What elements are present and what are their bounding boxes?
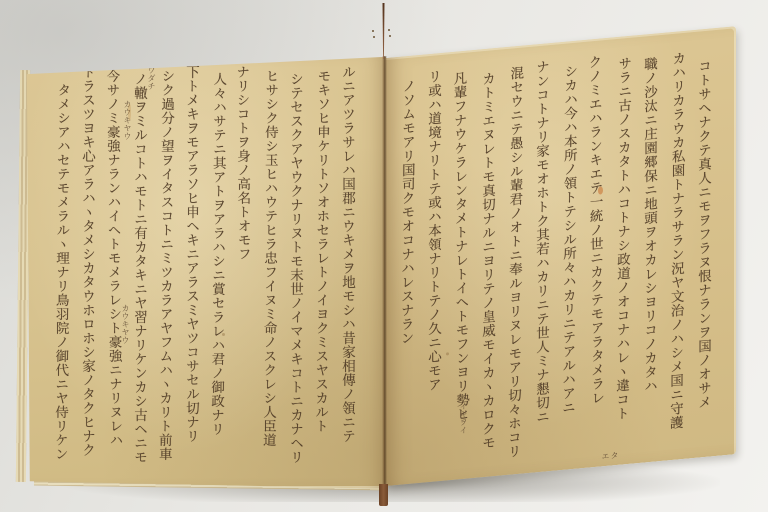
- binding-hole-dot: [373, 36, 375, 38]
- furigana-note: イキヲイ: [459, 402, 468, 435]
- text-column: 混セウニテ愚シル輩君ノオトニ奉ルヨリヌレモアリ切々ホコリ: [499, 61, 529, 468]
- left-page-text-block: ルニアツラサレハ国郡ニウキメヲ地モシハ昔家相傳ノ領ニテ モキソヒ申ケリトソオホセ…: [48, 65, 360, 477]
- right-page-text-block: コトサヘナクテ真人ニモヲフラヌ恨ナランヲ国ノオサメ カハリカラウカ私園トナラサラ…: [392, 44, 716, 477]
- paper-stain: [222, 333, 225, 336]
- text-column: ノソムモアリ国司クモオコナハレスナラン: [391, 71, 421, 478]
- text-column: シテセスクアヤウクナリヌトモ末世ノイマメキコトニカナヘリ: [282, 65, 308, 477]
- text-column: クノミエハランキエテ一統ノ世ニカクテモアラタメラレ: [579, 54, 610, 460]
- text-column: ヒサシク侍シ玉ヒハウテヒラ忠フイヌミ命ノスクレシ人臣道: [255, 65, 284, 477]
- text-column: ルニアツラサレハ国郡ニウキメヲ地モシハ昔家相傳ノ領ニテ: [334, 65, 360, 477]
- text-column: 下トメキヲモアラソヒ申ヘキニアラスミヤツコサセル切ナリ: [178, 65, 204, 477]
- text-column: モキソヒ申ケリトソオホセラレトノイヨクミスヤスカルト: [307, 65, 336, 477]
- paper-stain: [128, 104, 131, 120]
- text-column: サラニ古ノスカタトハコトナシ政道ノオコナハレヽ違コト: [607, 51, 637, 458]
- text-column: カハリカラウカ私園トナラサラン況ヤ文治ノハシメ国ニ守護: [661, 46, 691, 453]
- binding-hole-dot: [372, 30, 374, 32]
- text-column: ナンコトナリ家モオホトク其若ハカリニテ世人ミナ懇切ニ: [527, 59, 554, 465]
- binding-fold-bottom: [379, 484, 388, 506]
- right-page: コトサヘナクテ真人ニモヲフラヌ恨ナランヲ国ノオサメ カハリカラウカ私園トナラサラ…: [386, 26, 736, 486]
- text-column: シカハ今ハ本所ノ領トテシル所々ハカリニテアルハアニ: [553, 56, 583, 463]
- furigana-note: ワダチ: [147, 66, 156, 90]
- text-column: コトサヘナクテ真人ニモヲフラヌ恨ナランヲ国ノオサメ: [689, 44, 716, 450]
- binding-hole-dot: [389, 35, 391, 37]
- manuscript-photo: ルニアツラサレハ国郡ニウキメヲ地モシハ昔家相傳ノ領ニテ モキソヒ申ケリトソオホセ…: [0, 0, 768, 512]
- left-page: ルニアツラサレハ国郡ニウキメヲ地モシハ昔家相傳ノ領ニテ モキソヒ申ケリトソオホセ…: [24, 56, 386, 489]
- interlinear-note: タエ: [601, 451, 619, 467]
- text-column: シク過分ノ望ヲイタスコトニミツカラアヤフムハヽカリト前車: [151, 65, 180, 477]
- text-column: トラスツヨキ心アラハヽタメシカタウホロホシ家ノタクヒナク: [74, 65, 100, 477]
- center-fold-crease: [382, 56, 387, 487]
- text-column: 人々ハサテニ其アトヲアラハシニ賞セラレハ君ノ御政ナリ: [203, 65, 232, 477]
- text-column: ナリシコトヲ身ノ高名トオモフ: [228, 65, 258, 477]
- binding-hole-dot: [388, 29, 390, 31]
- text-column: タメシアハセテモメラルヽ理ナリ鳥羽院ノ御代ニヤ侍リケン: [47, 65, 76, 477]
- text-column: リ或ハ道境ナリトテ或ハ本領ナリトテノ久ニ心モア: [419, 69, 446, 475]
- furigana-note: カウキヤウ: [121, 304, 130, 344]
- text-column: 職ノ沙汰ニ庄園郷保ニ地頭ヲオカレシヨリコノカタハ: [635, 49, 662, 455]
- text-column: カトミエヌレトモ真切ナルニヨリテノ皇威モイカヽカロクモ: [473, 64, 500, 470]
